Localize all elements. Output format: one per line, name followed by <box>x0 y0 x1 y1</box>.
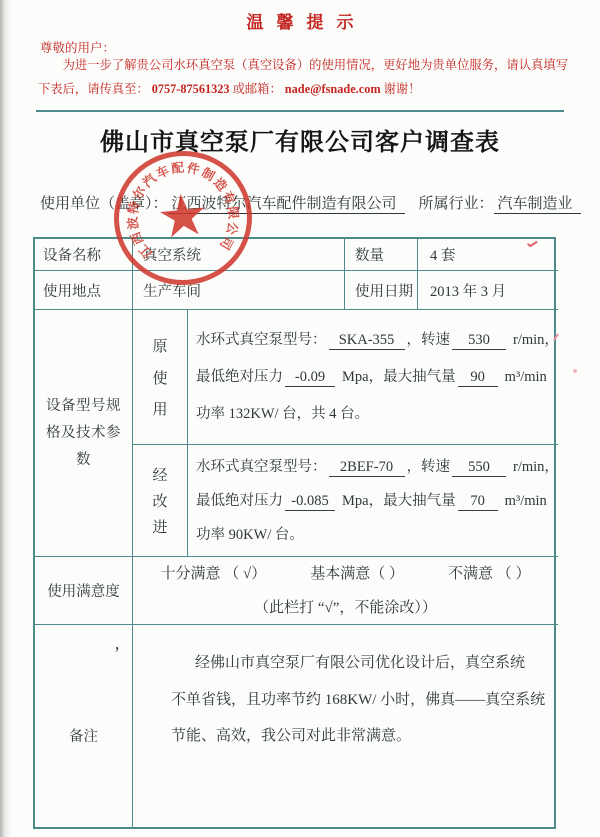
pressure-value: -0.09 <box>285 368 335 387</box>
original-tag: 原 使 用 <box>133 310 188 445</box>
remarks-label-cell: ’ 备注 <box>35 625 133 829</box>
company-name: 江西波特尔汽车配件制造有限公司 <box>168 196 405 214</box>
pump-model-value: SKA-355 <box>329 331 405 350</box>
fax-number: 0757-87561323 <box>149 82 233 96</box>
pump-model-value: 2BEF-70 <box>329 458 405 477</box>
speed-value: 530 <box>452 331 506 350</box>
remarks-line: 节能、高效，我公司对此非常满意。 <box>171 718 411 755</box>
improved-specs: 水环式真空泵型号：2BEF-70，转速550r/min， 最低绝对压力-0.08… <box>188 445 558 557</box>
airflow-value: 70 <box>458 492 498 511</box>
location-value: 生产车间 <box>133 271 345 310</box>
divider-line <box>36 110 564 112</box>
original-specs: 水环式真空泵型号：SKA-355，转速530r/min， 最低绝对压力-0.09… <box>188 310 558 445</box>
spec-section-label-text: 设备型号规格及技术参数 <box>45 393 123 474</box>
industry-label: 所属行业： <box>419 196 494 212</box>
document-page: 温馨提示 尊敬的用户： 为进一步了解贵公司水环真空泵（真空设备）的使用情况，更好… <box>0 0 600 837</box>
device-name-label: 设备名称 <box>35 239 133 271</box>
date-value: 2013 年 3 月 <box>418 271 558 310</box>
notice-body: 为进一步了解贵公司水环真空泵（真空设备）的使用情况，更好地为贵单位服务，请认真填… <box>38 54 568 101</box>
quantity-value: 4 套 <box>418 239 558 271</box>
remarks-content: 经佛山市真空泵厂有限公司优化设计后，真空系统 不单省钱，且功率节约 168KW/… <box>133 625 558 829</box>
option-unsatisfied: 不满意 （ ） <box>448 557 531 591</box>
email-address: nade@fsnade.com <box>282 82 384 96</box>
notice-title: 温馨提示 <box>0 8 600 33</box>
satisfaction-label: 使用满意度 <box>35 557 133 625</box>
satisfaction-content: 十分满意 （ √） 基本满意（ ） 不满意 （ ） （此栏打 “√”，不能涂改）… <box>133 557 558 625</box>
pen-mark: ’ <box>114 643 120 664</box>
location-label: 使用地点 <box>35 271 133 310</box>
power-line: 功率 132KW/ 台，共 4 台。 <box>196 396 369 433</box>
remarks-label: 备注 <box>69 725 98 746</box>
satisfaction-options: 十分满意 （ √） 基本满意（ ） 不满意 （ ） <box>160 557 530 591</box>
pressure-value: -0.085 <box>285 492 335 511</box>
document-title: 佛山市真空泵厂有限公司客户调查表 <box>0 122 600 157</box>
remarks-line: 经佛山市真空泵厂有限公司优化设计后，真空系统 <box>171 645 525 682</box>
red-pen-mark <box>573 369 577 373</box>
speed-value: 550 <box>452 458 506 477</box>
option-basically-satisfied: 基本满意（ ） <box>310 557 404 591</box>
usage-unit-line: 使用单位（盖章）：江西波特尔汽车配件制造有限公司所属行业：汽车制造业 <box>40 192 581 213</box>
power-line: 功率 90KW/ 台。 <box>196 518 304 552</box>
remarks-line: 不单省钱，且功率节约 168KW/ 小时，佛真——真空系统 <box>171 682 545 719</box>
satisfaction-note: （此栏打 “√”，不能涂改）） <box>254 591 437 625</box>
notice-thanks: 谢谢！ <box>384 82 421 96</box>
device-name-value: 真空系统 <box>133 239 345 271</box>
industry-name: 汽车制造业 <box>494 196 581 214</box>
date-label: 使用日期 <box>345 271 418 310</box>
notice-mid-text: 或邮箱： <box>233 82 282 96</box>
option-very-satisfied: 十分满意 （ √） <box>160 557 266 591</box>
usage-unit-label: 使用单位（盖章）： <box>40 196 168 212</box>
quantity-label: 数量 <box>345 239 418 271</box>
improved-tag: 经 改 进 <box>133 445 188 557</box>
survey-table: 设备名称 真空系统 数量 4 套 使用地点 生产车间 使用日期 2013 年 3… <box>33 237 556 829</box>
spec-section-label: 设备型号规格及技术参数 <box>35 310 133 557</box>
airflow-value: 90 <box>458 368 498 387</box>
